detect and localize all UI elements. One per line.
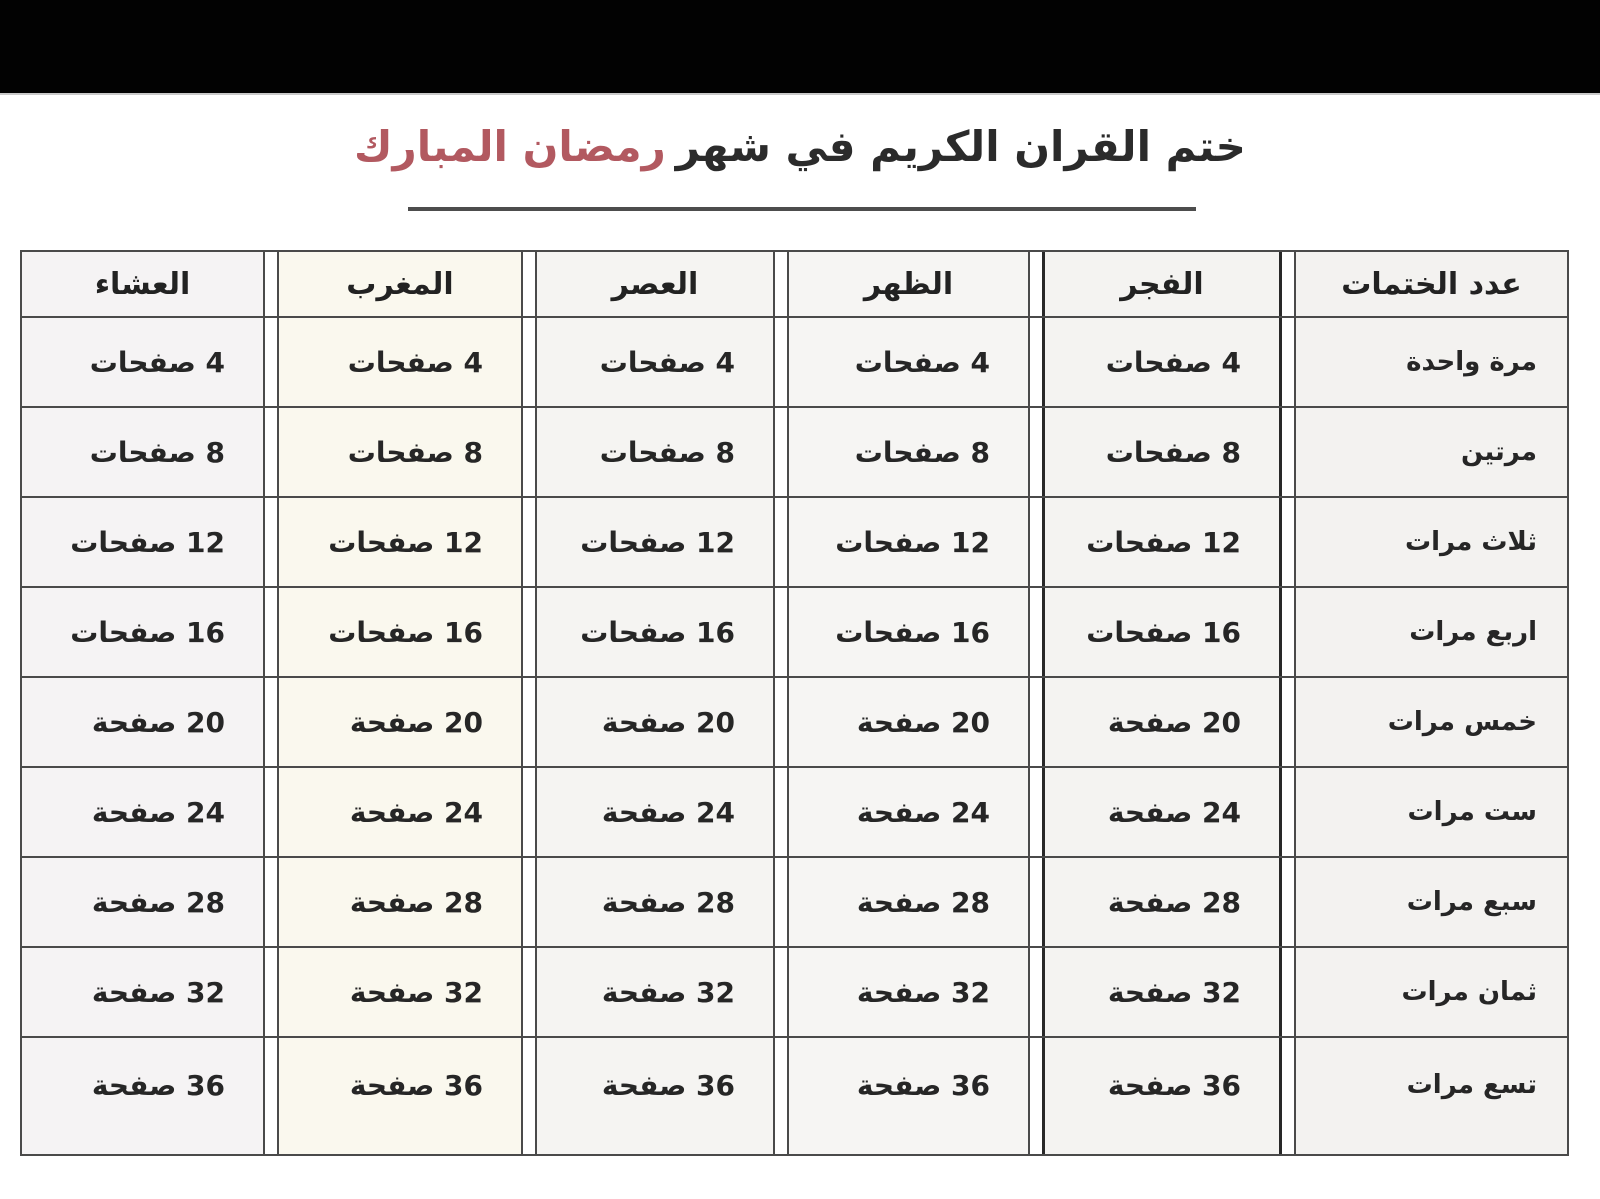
asr-pages-cell: 4 صفحات bbox=[535, 318, 775, 406]
table-row: مرة واحدة 4 صفحات 4 صفحات 4 صفحات 4 صفحا… bbox=[20, 318, 1569, 408]
dhuhr-pages-cell: 12 صفحات bbox=[787, 498, 1030, 586]
isha-pages-cell: 24 صفحة bbox=[20, 768, 265, 856]
maghrib-pages-cell: 16 صفحات bbox=[277, 588, 523, 676]
column-gap bbox=[1282, 768, 1294, 856]
column-gap bbox=[265, 408, 277, 496]
isha-pages-cell: 28 صفحة bbox=[20, 858, 265, 946]
column-gap bbox=[1030, 408, 1042, 496]
column-gap bbox=[775, 318, 787, 406]
header-cell-fajr: الفجر bbox=[1042, 252, 1282, 316]
asr-pages-cell: 32 صفحة bbox=[535, 948, 775, 1036]
fajr-pages-cell: 4 صفحات bbox=[1042, 318, 1282, 406]
maghrib-pages-cell: 12 صفحات bbox=[277, 498, 523, 586]
column-gap bbox=[523, 1038, 535, 1154]
table-header-row: عدد الختمات الفجر الظهر العصر المغرب الع… bbox=[20, 250, 1569, 318]
fajr-pages-cell: 20 صفحة bbox=[1042, 678, 1282, 766]
column-gap bbox=[775, 768, 787, 856]
column-gap bbox=[1282, 318, 1294, 406]
fajr-pages-cell: 24 صفحة bbox=[1042, 768, 1282, 856]
column-gap bbox=[265, 948, 277, 1036]
column-gap bbox=[523, 768, 535, 856]
maghrib-pages-cell: 32 صفحة bbox=[277, 948, 523, 1036]
isha-pages-cell: 32 صفحة bbox=[20, 948, 265, 1036]
column-gap bbox=[1030, 252, 1042, 316]
dhuhr-pages-cell: 8 صفحات bbox=[787, 408, 1030, 496]
table-row: خمس مرات 20 صفحة 20 صفحة 20 صفحة 20 صفحة… bbox=[20, 678, 1569, 768]
column-gap bbox=[1030, 948, 1042, 1036]
dhuhr-pages-cell: 32 صفحة bbox=[787, 948, 1030, 1036]
asr-pages-cell: 12 صفحات bbox=[535, 498, 775, 586]
completion-count-cell: اربع مرات bbox=[1294, 588, 1569, 676]
table-row: ثمان مرات 32 صفحة 32 صفحة 32 صفحة 32 صفح… bbox=[20, 948, 1569, 1038]
column-gap bbox=[775, 588, 787, 676]
column-gap bbox=[265, 588, 277, 676]
column-gap bbox=[265, 768, 277, 856]
column-gap bbox=[265, 858, 277, 946]
completion-count-cell: مرتين bbox=[1294, 408, 1569, 496]
column-gap bbox=[265, 678, 277, 766]
maghrib-pages-cell: 28 صفحة bbox=[277, 858, 523, 946]
isha-pages-cell: 20 صفحة bbox=[20, 678, 265, 766]
dhuhr-pages-cell: 16 صفحات bbox=[787, 588, 1030, 676]
isha-pages-cell: 8 صفحات bbox=[20, 408, 265, 496]
completion-count-cell: مرة واحدة bbox=[1294, 318, 1569, 406]
column-gap bbox=[775, 678, 787, 766]
column-gap bbox=[1030, 318, 1042, 406]
header-cell-completions: عدد الختمات bbox=[1294, 252, 1569, 316]
dhuhr-pages-cell: 24 صفحة bbox=[787, 768, 1030, 856]
completion-count-cell: تسع مرات bbox=[1294, 1038, 1569, 1154]
fajr-pages-cell: 28 صفحة bbox=[1042, 858, 1282, 946]
asr-pages-cell: 20 صفحة bbox=[535, 678, 775, 766]
table-row: اربع مرات 16 صفحات 16 صفحات 16 صفحات 16 … bbox=[20, 588, 1569, 678]
header-cell-dhuhr: الظهر bbox=[787, 252, 1030, 316]
column-gap bbox=[265, 1038, 277, 1154]
fajr-pages-cell: 12 صفحات bbox=[1042, 498, 1282, 586]
asr-pages-cell: 8 صفحات bbox=[535, 408, 775, 496]
column-gap bbox=[775, 408, 787, 496]
title-highlight: رمضان المبارك bbox=[354, 122, 666, 171]
fajr-pages-cell: 36 صفحة bbox=[1042, 1038, 1282, 1154]
column-gap bbox=[1030, 498, 1042, 586]
dhuhr-pages-cell: 28 صفحة bbox=[787, 858, 1030, 946]
fajr-pages-cell: 16 صفحات bbox=[1042, 588, 1282, 676]
quran-reading-table: عدد الختمات الفجر الظهر العصر المغرب الع… bbox=[20, 250, 1569, 1156]
asr-pages-cell: 24 صفحة bbox=[535, 768, 775, 856]
column-gap bbox=[1282, 408, 1294, 496]
maghrib-pages-cell: 4 صفحات bbox=[277, 318, 523, 406]
column-gap bbox=[1030, 768, 1042, 856]
fajr-pages-cell: 8 صفحات bbox=[1042, 408, 1282, 496]
column-gap bbox=[775, 948, 787, 1036]
fajr-pages-cell: 32 صفحة bbox=[1042, 948, 1282, 1036]
column-gap bbox=[523, 498, 535, 586]
table-row: ثلاث مرات 12 صفحات 12 صفحات 12 صفحات 12 … bbox=[20, 498, 1569, 588]
title-underline bbox=[408, 207, 1196, 211]
maghrib-pages-cell: 8 صفحات bbox=[277, 408, 523, 496]
isha-pages-cell: 12 صفحات bbox=[20, 498, 265, 586]
column-gap bbox=[523, 252, 535, 316]
page-title: ختم القران الكريم في شهررمضان المبارك bbox=[0, 122, 1600, 171]
completion-count-cell: ست مرات bbox=[1294, 768, 1569, 856]
top-black-bar bbox=[0, 0, 1600, 95]
isha-pages-cell: 4 صفحات bbox=[20, 318, 265, 406]
page: ختم القران الكريم في شهررمضان المبارك عد… bbox=[0, 0, 1600, 1199]
column-gap bbox=[775, 858, 787, 946]
column-gap bbox=[523, 588, 535, 676]
column-gap bbox=[523, 408, 535, 496]
column-gap bbox=[523, 318, 535, 406]
header-cell-isha: العشاء bbox=[20, 252, 265, 316]
title-main: ختم القران الكريم في شهر bbox=[676, 122, 1246, 171]
asr-pages-cell: 28 صفحة bbox=[535, 858, 775, 946]
maghrib-pages-cell: 36 صفحة bbox=[277, 1038, 523, 1154]
completion-count-cell: ثلاث مرات bbox=[1294, 498, 1569, 586]
maghrib-pages-cell: 24 صفحة bbox=[277, 768, 523, 856]
column-gap bbox=[1282, 498, 1294, 586]
dhuhr-pages-cell: 20 صفحة bbox=[787, 678, 1030, 766]
dhuhr-pages-cell: 4 صفحات bbox=[787, 318, 1030, 406]
isha-pages-cell: 36 صفحة bbox=[20, 1038, 265, 1154]
column-gap bbox=[1282, 1038, 1294, 1154]
table-row: مرتين 8 صفحات 8 صفحات 8 صفحات 8 صفحات 8 … bbox=[20, 408, 1569, 498]
column-gap bbox=[1282, 252, 1294, 316]
column-gap bbox=[1030, 858, 1042, 946]
table-row: تسع مرات 36 صفحة 36 صفحة 36 صفحة 36 صفحة… bbox=[20, 1038, 1569, 1156]
column-gap bbox=[1282, 948, 1294, 1036]
header-cell-asr: العصر bbox=[535, 252, 775, 316]
column-gap bbox=[1282, 588, 1294, 676]
column-gap bbox=[1030, 588, 1042, 676]
column-gap bbox=[1282, 678, 1294, 766]
column-gap bbox=[523, 858, 535, 946]
column-gap bbox=[1030, 1038, 1042, 1154]
table-row: ست مرات 24 صفحة 24 صفحة 24 صفحة 24 صفحة … bbox=[20, 768, 1569, 858]
maghrib-pages-cell: 20 صفحة bbox=[277, 678, 523, 766]
table-row: سبع مرات 28 صفحة 28 صفحة 28 صفحة 28 صفحة… bbox=[20, 858, 1569, 948]
column-gap bbox=[1282, 858, 1294, 946]
column-gap bbox=[523, 678, 535, 766]
column-gap bbox=[775, 1038, 787, 1154]
column-gap bbox=[265, 318, 277, 406]
column-gap bbox=[775, 252, 787, 316]
column-gap bbox=[775, 498, 787, 586]
completion-count-cell: خمس مرات bbox=[1294, 678, 1569, 766]
completion-count-cell: ثمان مرات bbox=[1294, 948, 1569, 1036]
asr-pages-cell: 16 صفحات bbox=[535, 588, 775, 676]
completion-count-cell: سبع مرات bbox=[1294, 858, 1569, 946]
column-gap bbox=[523, 948, 535, 1036]
column-gap bbox=[265, 252, 277, 316]
dhuhr-pages-cell: 36 صفحة bbox=[787, 1038, 1030, 1154]
asr-pages-cell: 36 صفحة bbox=[535, 1038, 775, 1154]
header-cell-maghrib: المغرب bbox=[277, 252, 523, 316]
column-gap bbox=[265, 498, 277, 586]
column-gap bbox=[1030, 678, 1042, 766]
isha-pages-cell: 16 صفحات bbox=[20, 588, 265, 676]
